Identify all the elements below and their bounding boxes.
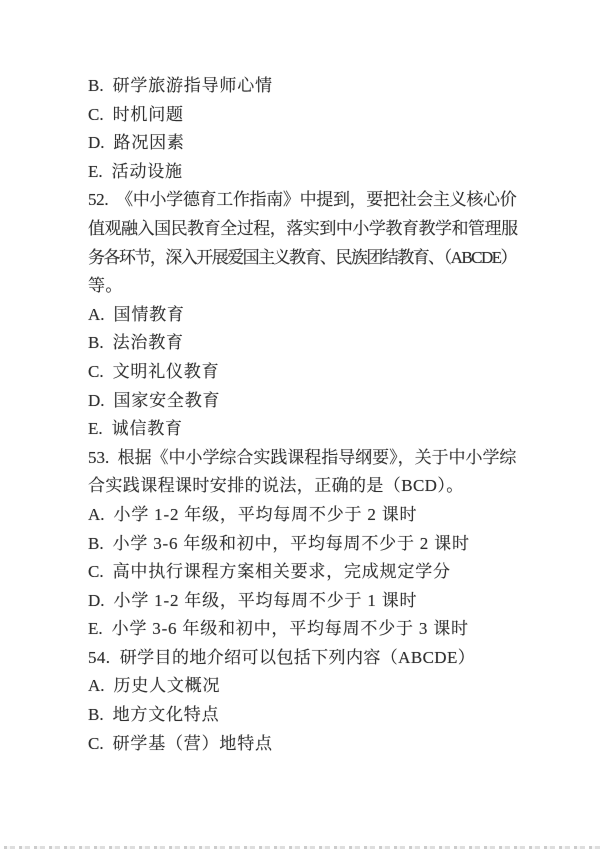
option-label: D. <box>88 387 105 416</box>
stem-line-text: 值观融入国民教育全过程，落实到中小学教育教学和管理服 <box>88 215 518 244</box>
option-row: D.小学 1-2 年级，平均每周不少于 1 课时 <box>88 587 528 616</box>
option-label: C. <box>88 101 104 130</box>
option-text: 小学 1-2 年级，平均每周不少于 2 课时 <box>114 505 418 524</box>
question-stem-line: 合实践课程课时安排的说法，正确的是（BCD）。 <box>88 472 528 501</box>
option-label: B. <box>88 72 104 101</box>
option-text: 历史人文概况 <box>114 676 221 695</box>
option-row: D.路况因素 <box>88 129 528 158</box>
question-stem-line: 53. 根据《中小学综合实践课程指导纲要》，关于中小学综 <box>88 444 528 473</box>
option-label: A. <box>88 672 105 701</box>
option-row: B.地方文化特点 <box>88 701 528 730</box>
option-row: E.诚信教育 <box>88 415 528 444</box>
option-row: A.历史人文概况 <box>88 672 528 701</box>
option-row: B.法治教育 <box>88 329 528 358</box>
option-text: 研学基（营）地特点 <box>113 734 273 753</box>
option-label: E. <box>88 158 103 187</box>
option-text: 诚信教育 <box>112 419 183 438</box>
option-row: A.小学 1-2 年级，平均每周不少于 2 课时 <box>88 501 528 530</box>
stem-line-text: 务各环节，深入开展爱国主义教育、民族团结教育、（ABCDE） <box>88 244 516 273</box>
option-text: 文明礼仪教育 <box>113 362 220 381</box>
option-row: C.研学基（营）地特点 <box>88 730 528 759</box>
option-text: 时机问题 <box>113 105 184 124</box>
option-text: 小学 3-6 年级和初中，平均每周不少于 2 课时 <box>113 534 470 553</box>
option-row: C.高中执行课程方案相关要求，完成规定学分 <box>88 558 528 587</box>
option-row: C.时机问题 <box>88 101 528 130</box>
stem-line-text: 54. 研学目的地介绍可以包括下列内容（ABCDE） <box>88 644 475 673</box>
question-stem-line: 务各环节，深入开展爱国主义教育、民族团结教育、（ABCDE） <box>88 244 528 273</box>
option-row: B.小学 3-6 年级和初中，平均每周不少于 2 课时 <box>88 530 528 559</box>
question-stem-line: 等。 <box>88 272 528 301</box>
option-label: E. <box>88 415 103 444</box>
document-page: B.研学旅游指导师心情C.时机问题D.路况因素E.活动设施52. 《中小学德育工… <box>0 0 600 849</box>
option-text: 小学 1-2 年级，平均每周不少于 1 课时 <box>114 591 418 610</box>
document-body: B.研学旅游指导师心情C.时机问题D.路况因素E.活动设施52. 《中小学德育工… <box>88 72 528 758</box>
stem-line-text: 53. 根据《中小学综合实践课程指导纲要》，关于中小学综 <box>88 444 516 473</box>
stem-line-text: 合实践课程课时安排的说法，正确的是（BCD）。 <box>88 472 464 501</box>
question-stem-line: 值观融入国民教育全过程，落实到中小学教育教学和管理服 <box>88 215 528 244</box>
option-label: A. <box>88 501 105 530</box>
option-label: C. <box>88 358 104 387</box>
option-label: B. <box>88 530 104 559</box>
option-label: B. <box>88 701 104 730</box>
option-text: 研学旅游指导师心情 <box>113 76 273 95</box>
option-row: D.国家安全教育 <box>88 387 528 416</box>
option-text: 小学 3-6 年级和初中，平均每周不少于 3 课时 <box>112 619 469 638</box>
option-row: E.小学 3-6 年级和初中，平均每周不少于 3 课时 <box>88 615 528 644</box>
option-text: 路况因素 <box>114 133 185 152</box>
option-label: D. <box>88 587 105 616</box>
option-label: E. <box>88 615 103 644</box>
option-label: D. <box>88 129 105 158</box>
option-text: 活动设施 <box>112 162 183 181</box>
option-text: 高中执行课程方案相关要求，完成规定学分 <box>113 562 451 581</box>
option-text: 地方文化特点 <box>113 705 220 724</box>
option-row: C.文明礼仪教育 <box>88 358 528 387</box>
option-row: A.国情教育 <box>88 301 528 330</box>
option-label: A. <box>88 301 105 330</box>
option-label: C. <box>88 558 104 587</box>
question-stem-line: 54. 研学目的地介绍可以包括下列内容（ABCDE） <box>88 644 528 673</box>
option-row: B.研学旅游指导师心情 <box>88 72 528 101</box>
question-stem-line: 52. 《中小学德育工作指南》中提到，要把社会主义核心价 <box>88 186 528 215</box>
stem-line-text: 52. 《中小学德育工作指南》中提到，要把社会主义核心价 <box>88 186 516 215</box>
option-text: 国家安全教育 <box>114 391 221 410</box>
option-label: C. <box>88 730 104 759</box>
option-text: 法治教育 <box>113 333 184 352</box>
option-label: B. <box>88 329 104 358</box>
option-row: E.活动设施 <box>88 158 528 187</box>
stem-line-text: 等。 <box>88 272 123 301</box>
option-text: 国情教育 <box>114 305 185 324</box>
